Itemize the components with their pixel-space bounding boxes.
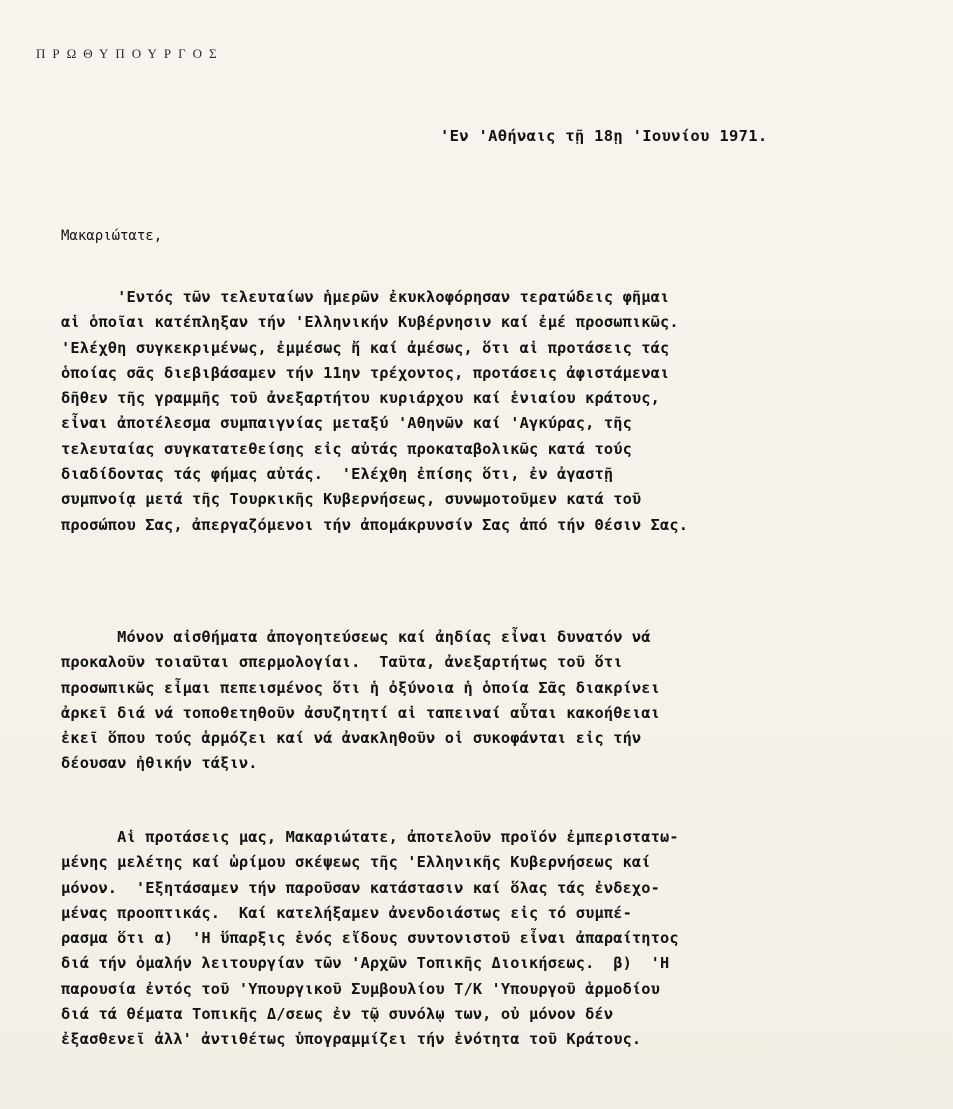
text-line: μένης μελέτης καί ὡρίμου σκέψεως τῆς 'Ελ… xyxy=(61,850,891,875)
text-line: διά τά θέματα Τοπικῆς Δ/σεως ἐν τῷ συνόλ… xyxy=(61,1002,891,1027)
text-line: ἐξασθενεῖ ἀλλ' ἀντιθέτως ὑπογραμμίζει τή… xyxy=(61,1027,891,1052)
dateline: 'Εν 'Αθήναις τῇ 18ῃ 'Ιουνίου 1971. xyxy=(440,127,767,145)
text-line: Αἱ προτάσεις μας, Μακαριώτατε, ἀποτελοῦν… xyxy=(61,825,891,850)
text-line: αἱ ὁποῖαι κατέπληξαν τήν 'Ελληνικήν Κυβέ… xyxy=(61,310,891,335)
text-line: διά τήν ὁμαλήν λειτουργίαν τῶν 'Αρχῶν Το… xyxy=(61,951,891,976)
text-line: ἐκεῖ ὅπου τούς ἁρμόζει καί νά ἀνακληθοῦν… xyxy=(61,726,891,751)
text-line: συμπνοίᾳ μετά τῆς Τουρκικῆς Κυβερνήσεως,… xyxy=(61,487,891,512)
salutation: Μακαριώτατε, xyxy=(61,228,162,244)
text-line: ρασμα ὅτι α) 'Η ὕπαρξις ἑνός εἴδους συντ… xyxy=(61,926,891,951)
text-line: Μόνον αἰσθήματα ἀπογοητεύσεως καί ἀηδίας… xyxy=(61,625,891,650)
text-line: παρουσία ἐντός τοῦ 'Υπουργικοῦ Συμβουλίο… xyxy=(61,977,891,1002)
text-line: 'Ελέχθη συγκεκριμένως, ἐμμέσως ἤ καί ἀμέ… xyxy=(61,336,891,361)
text-line: ἀρκεῖ διά νά τοποθετηθοῦν ἀσυζητητί αἱ τ… xyxy=(61,701,891,726)
paragraph-1: 'Εντός τῶν τελευταίων ἡμερῶν ἐκυκλοφόρησ… xyxy=(61,285,891,538)
text-line: μόνον. 'Εξητάσαμεν τήν παροῦσαν κατάστασ… xyxy=(61,876,891,901)
text-line: προκαλοῦν τοιαῦται σπερμολογίαι. Ταῦτα, … xyxy=(61,650,891,675)
letter-page: ΠΡΩΘΥΠΟΥΡΓΟΣ 'Εν 'Αθήναις τῇ 18ῃ 'Ιουνίο… xyxy=(0,0,953,1109)
text-line: μένας προοπτικάς. Καί κατελήξαμεν ἀνενδο… xyxy=(61,901,891,926)
text-line: προσωπικῶς εἶμαι πεπεισμένος ὅτι ἡ ὀξύνο… xyxy=(61,676,891,701)
text-line: δέουσαν ἠθικήν τάξιν. xyxy=(61,751,891,776)
text-line: διαδίδοντας τάς φήμας αὐτάς. 'Ελέχθη ἐπί… xyxy=(61,462,891,487)
text-line: εἶναι ἀποτέλεσμα συμπαιγνίας μεταξύ 'Αθη… xyxy=(61,411,891,436)
text-line: τελευταίας συγκατατεθείσης εἰς αὐτάς προ… xyxy=(61,437,891,462)
paragraph-2: Μόνον αἰσθήματα ἀπογοητεύσεως καί ἀηδίας… xyxy=(61,625,891,777)
letterhead: ΠΡΩΘΥΠΟΥΡΓΟΣ xyxy=(36,46,224,62)
text-line: προσώπου Σας, ἀπεργαζόμενοι τήν ἀπομάκρυ… xyxy=(61,513,891,538)
paragraph-3: Αἱ προτάσεις μας, Μακαριώτατε, ἀποτελοῦν… xyxy=(61,825,891,1053)
text-line: δῆθεν τῆς γραμμῆς τοῦ ἀνεξαρτήτου κυριάρ… xyxy=(61,386,891,411)
text-line: 'Εντός τῶν τελευταίων ἡμερῶν ἐκυκλοφόρησ… xyxy=(61,285,891,310)
text-line: ὁποίας σᾶς διεβιβάσαμεν τήν 11ην τρέχοντ… xyxy=(61,361,891,386)
